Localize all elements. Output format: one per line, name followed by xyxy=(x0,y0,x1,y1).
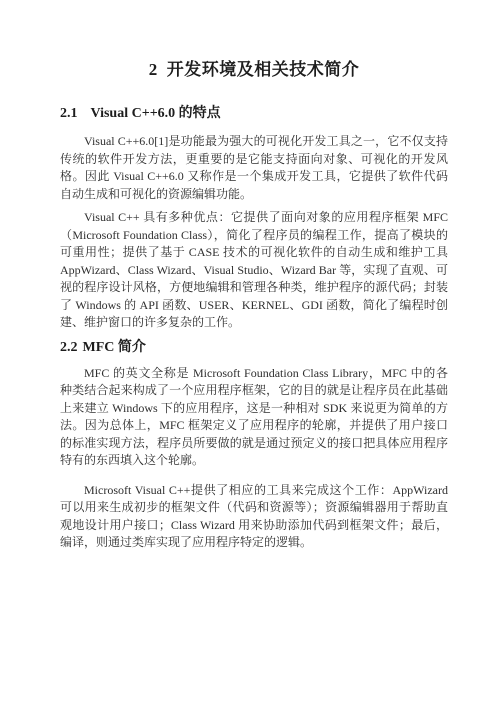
section-2-2-number: 2.2 xyxy=(60,340,78,355)
chapter-title-text: 开发环境及相关技术简介 xyxy=(167,60,360,79)
chapter-title: 2开发环境及相关技术简介 xyxy=(60,58,448,82)
paragraph-vc-features-2: Visual C++ 具有多种优点：它提供了面向对象的应用程序框架 MFC（Mi… xyxy=(60,209,448,332)
chapter-number: 2 xyxy=(149,60,158,79)
document-page: 2开发环境及相关技术简介 2.1Visual C++6.0 的特点 Visual… xyxy=(0,0,500,708)
section-heading-2-2: 2.2MFC 简介 xyxy=(60,338,448,357)
section-2-1-number: 2.1 xyxy=(60,106,78,121)
section-heading-2-1: 2.1Visual C++6.0 的特点 xyxy=(60,104,448,123)
paragraph-vc-features-1: Visual C++6.0[1]是功能最为强大的可视化开发工具之一，它不仅支持传… xyxy=(60,133,448,203)
section-2-2-title-text: MFC 简介 xyxy=(83,340,146,355)
section-2-1-title-text: Visual C++6.0 的特点 xyxy=(91,106,221,121)
paragraph-mfc-intro-1: MFC 的英文全称是 Microsoft Foundation Class Li… xyxy=(60,365,448,470)
paragraph-mfc-intro-2: Microsoft Visual C++提供了相应的工具来完成这个工作：AppW… xyxy=(60,482,448,552)
